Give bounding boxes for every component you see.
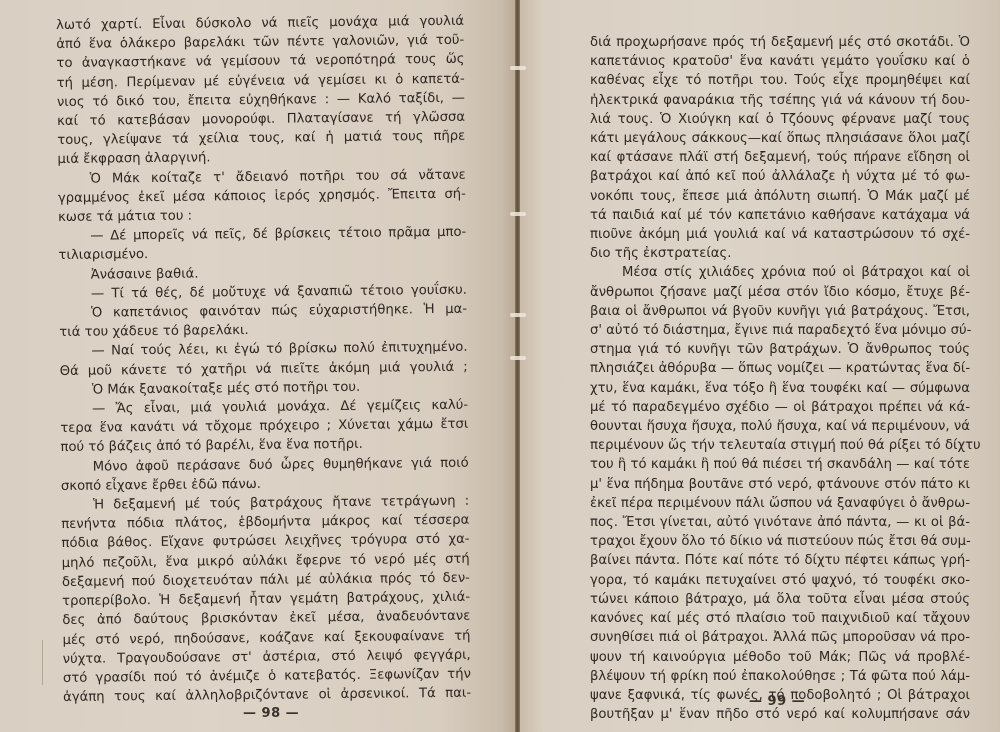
binding-stitch [510,313,526,317]
right-page-number: — 99 — [749,694,805,709]
text-line: θουνται ἥσυχα ἥσυχα, πολύ ἥσυχα, καί νά … [590,417,970,436]
text-line: διά προχωρήσανε πρός τή δεξαμενή μές στό… [590,33,970,52]
text-line: καπετάνιος κρατοῦσ' ἕνα κανάτι γεμάτο γο… [590,52,970,71]
text-line: πλησιάζει ἀθόρυβα — ὅπως νομίζει — κρατώ… [590,359,970,378]
text-line: καί φτάσανε πλάϊ στή δεξαμενή, τούς πήρα… [590,148,970,167]
left-page-number: — 98 — [243,706,299,721]
text-line: πος. Ἔτσι γίνεται, αὐτό γινότανε ἀπό πάν… [590,513,970,532]
text-line: ἄνθρωποι ζήσανε μαζί μέσα στόν ἴδιο κόσμ… [590,283,970,302]
text-line: στημα γιά τό κυνῆγι τῶν βατράχων. Ὁ ἄνθρ… [590,340,970,359]
binding-stitch [510,356,526,360]
text-line: ἀγάπη τους καί ἀλληλοβριζόντανε οἱ ἀρσεν… [63,684,471,707]
text-line: ἠλεκτρικά φαναράκια τῆς τσέπης γιά νά κά… [590,91,970,110]
text-line: του ἢ τό καμάκι ἢ πού θά πιέσει τή σκανδ… [590,455,970,474]
text-line: ἐκεῖ πέρα περιμένουν πάλι ὥσπου νά ξαναφ… [590,494,970,513]
text-line: κάτι μεγάλους σάκκους—καί ὅπως πλησιάσαν… [590,129,970,148]
text-line: βλέψουν τή φρίκη πού ἐπακολούθησε ; Τά φ… [590,667,970,686]
text-line: τά παιδιά καί μέ τόν καπετάνιο καθήσανε … [590,206,970,225]
text-line: νοκόπι τους, ἔπεσε μιά ἀπόλυτη σιωπή. Ὁ … [590,187,970,206]
text-line: βατράχοι καί ἀπό κεῖ πού ἀλλάλαζε ἡ νύχτ… [590,167,970,186]
margin-mark [42,640,43,685]
text-line: καθένας εἶχε τό ποτῆρι του. Τούς εἶχε πρ… [590,71,970,90]
text-line: βαια οἱ ἄνθρωποι νά βγοῦν κυνῆγι γιά βατ… [590,302,970,321]
text-line: συνηθίσει πιά οἱ βάτραχοι. Ἀλλά πῶς μπορ… [590,628,970,647]
text-line: διο τῆς ἐκστρατείας. [590,244,970,263]
text-line: τώνει κάποιο βάτραχο, μά ὅλα τοῦτα εἶναι… [590,590,970,609]
text-line: βαίνει πάντα. Πότε καί πότε τό δίχτυ πέφ… [590,551,970,570]
text-line: σ' αὐτό τό διάστημα, ἔγινε πιά παραδεχτό… [590,321,970,340]
text-line: πιοῦνε ἀκόμη μιά γουλιά καί νά καταστρώσ… [590,225,970,244]
text-line: μ' ἕνα πήδημα βουτᾶνε στό νερό, φτάνουνε… [590,475,970,494]
left-page: λωτό χαρτί. Εἶναι δύσκολο νά πιεῖς μονάχ… [0,0,517,732]
book-spread: λωτό χαρτί. Εἶναι δύσκολο νά πιεῖς μονάχ… [0,0,1000,732]
text-line: γορα, τό καμάκι πετυχαίνει στό ψαχνό, τό… [590,571,970,590]
right-page: διά προχωρήσανε πρός τή δεξαμενή μές στό… [519,0,1000,732]
text-line: Μέσα στίς χιλιάδες χρόνια πού οἱ βάτραχο… [590,263,970,282]
text-line: κανόνες καί μές στό πλαίσιο τοῦ παιχνιδι… [590,609,970,628]
text-line: λιά τους. Ὁ Χιούγκη καί ὁ Τζόουνς φέρναν… [590,110,970,129]
text-line: περιμένουν ὥς τήν τελευταία στιγμή πού θ… [590,436,970,455]
text-line: μέ τό παραδεγμένο σχέδιο — οἱ βάτραχοι π… [590,398,970,417]
book-spine [515,0,520,732]
text-line: τραχοι ἔχουν ὅλο τό δίκιο νά πιστεύουν π… [590,532,970,551]
text-line: χτυ, ἕνα καμάκι, ἕνα τόξο ἢ ἕνα τουφέκι … [590,379,970,398]
right-page-text: διά προχωρήσανε πρός τή δεξαμενή μές στό… [590,33,970,724]
left-page-text: λωτό χαρτί. Εἶναι δύσκολο νά πιεῖς μονάχ… [56,12,471,708]
binding-stitch [510,66,526,70]
text-line: ψουν τή καινούργια μέθοδο τοῦ Μάκ; Πῶς ν… [590,648,970,667]
binding-stitch [510,212,526,216]
